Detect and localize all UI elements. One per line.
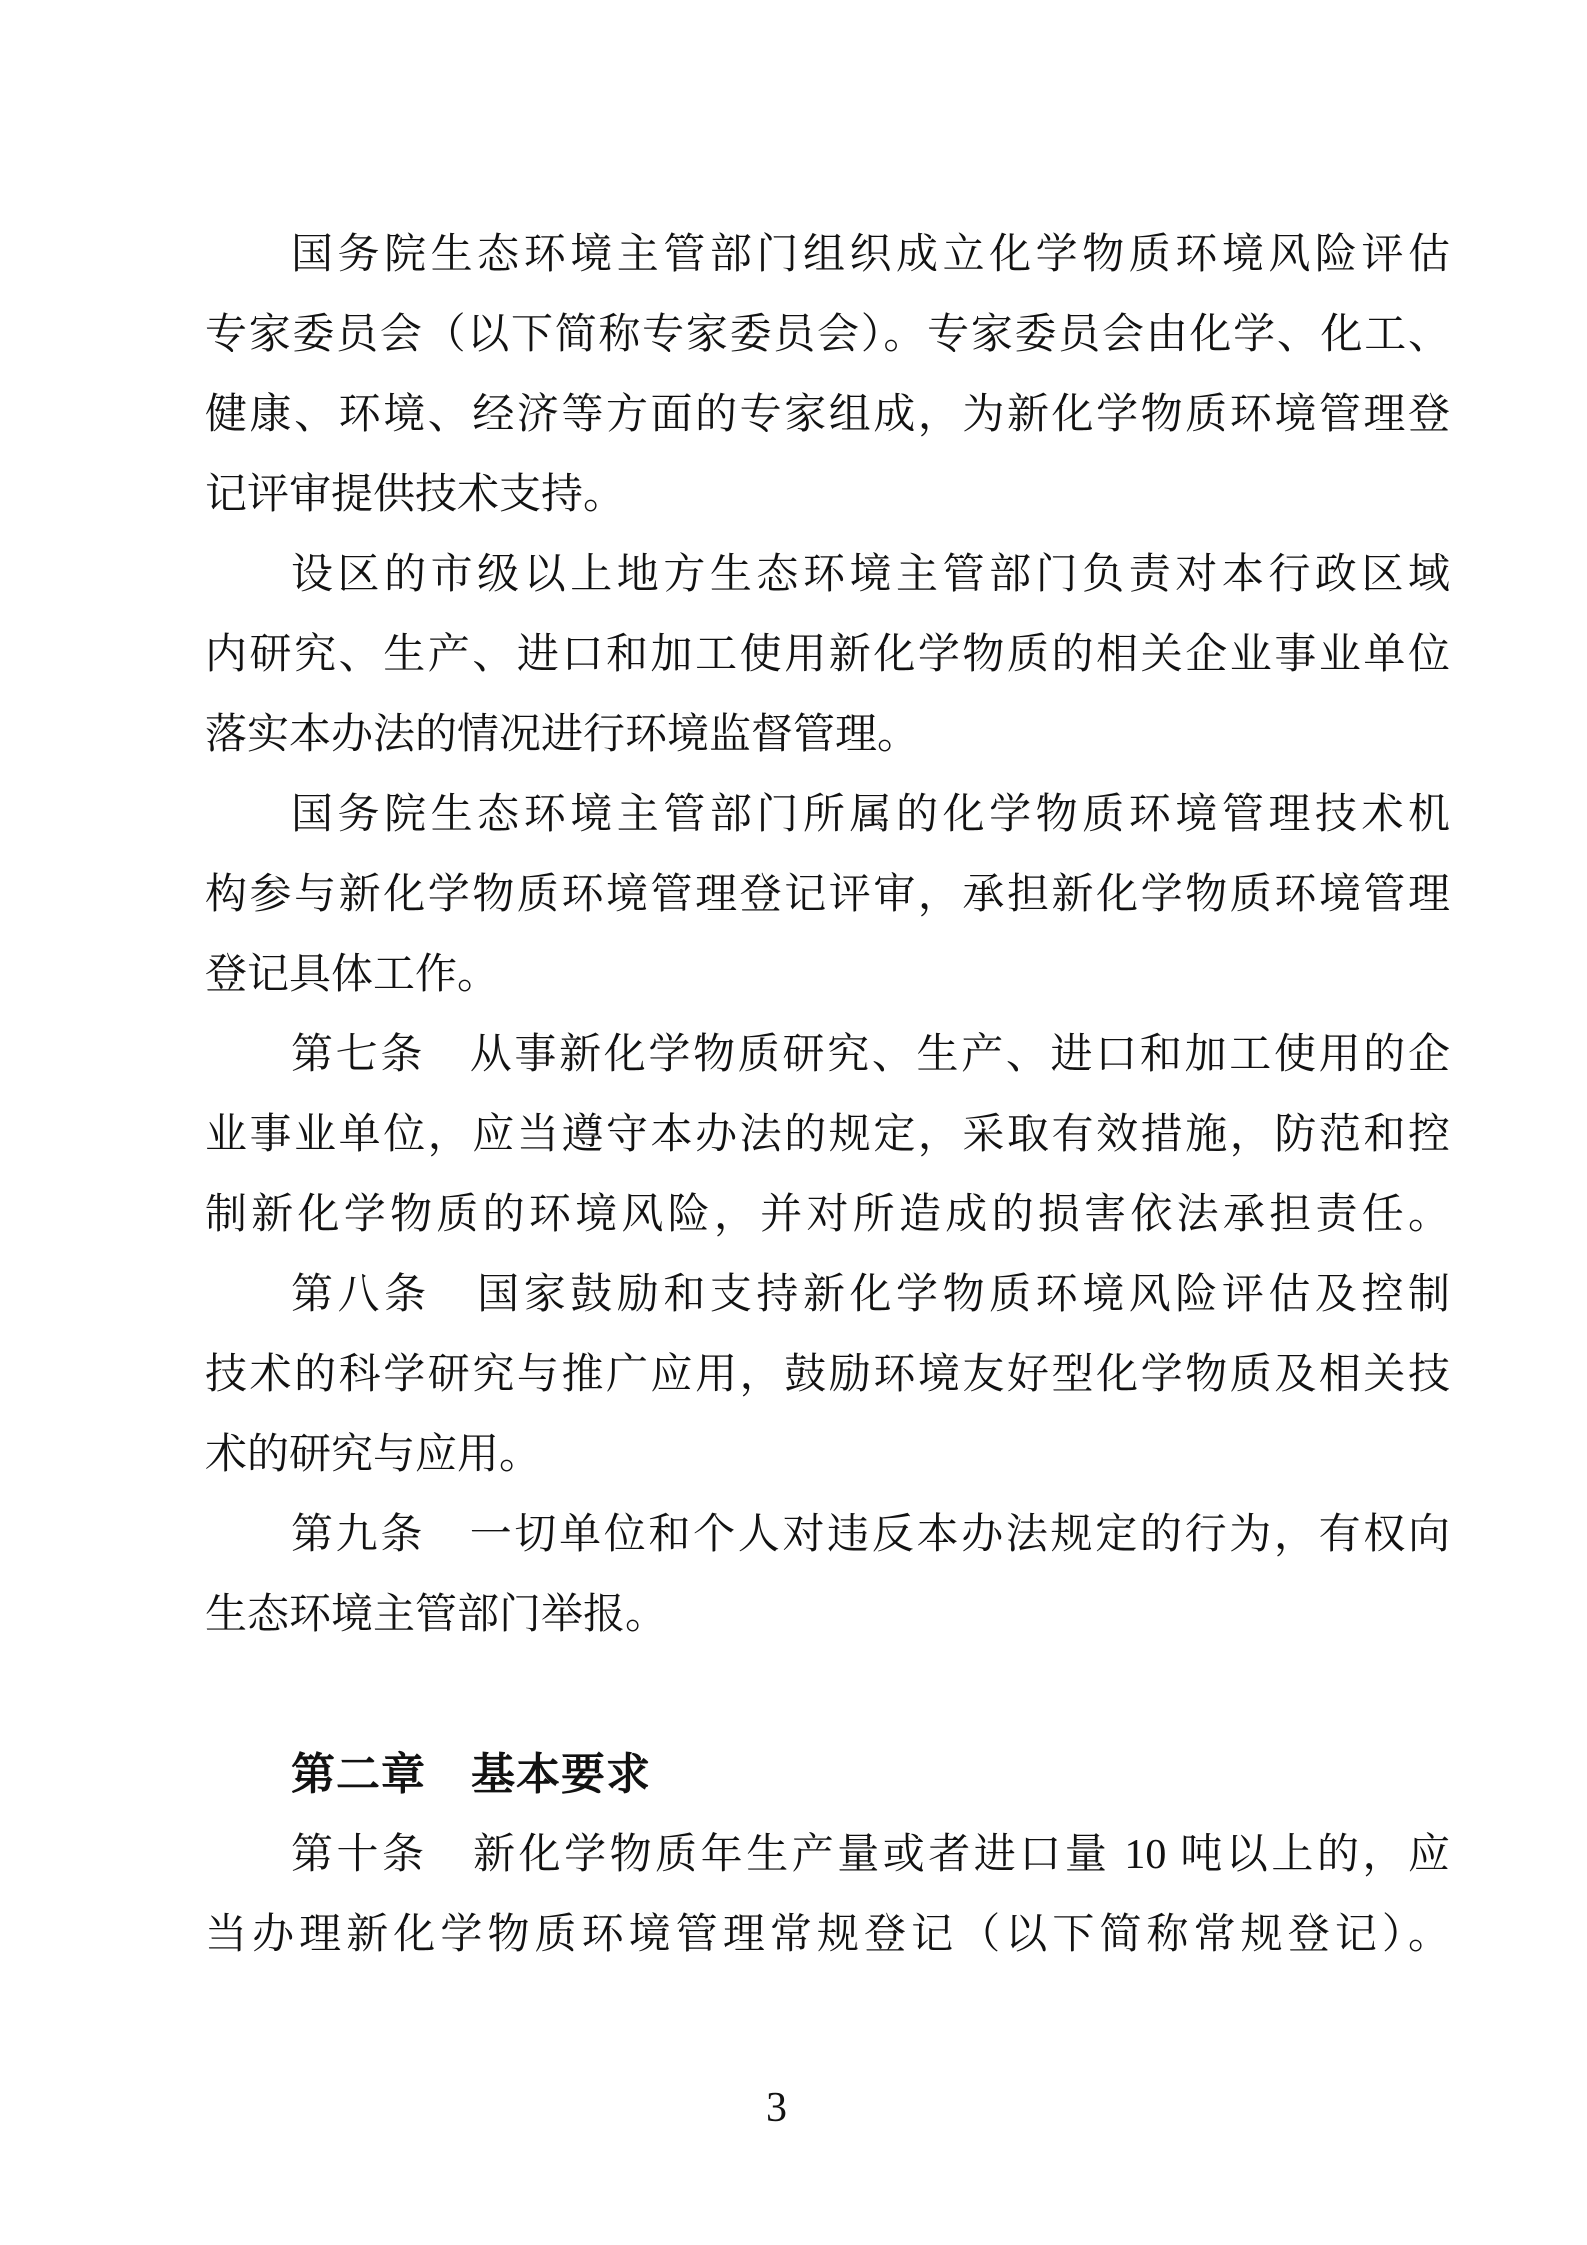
text-line: 生态环境主管部门举报。 [205,1575,1450,1655]
text-line: 第十条 新化学物质年生产量或者进口量 10 吨以上的，应 [205,1815,1450,1895]
text-line: 落实本办法的情况进行环境监督管理。 [205,695,1450,775]
text-line: 专家委员会（以下简称专家委员会）。专家委员会由化学、化工、 [205,295,1450,375]
text-line: 国务院生态环境主管部门所属的化学物质环境管理技术机 [205,775,1450,855]
text-block: 国务院生态环境主管部门组织成立化学物质环境风险评估专家委员会（以下简称专家委员会… [205,215,1450,1975]
page-number: 3 [0,2085,1570,2131]
blank-line [205,1655,1450,1735]
text-line: 健康、环境、经济等方面的专家组成，为新化学物质环境管理登 [205,375,1450,455]
text-line: 第九条 一切单位和个人对违反本办法规定的行为，有权向 [205,1495,1450,1575]
text-line: 第七条 从事新化学物质研究、生产、进口和加工使用的企 [205,1015,1450,1095]
text-line: 记评审提供技术支持。 [205,455,1450,535]
text-line: 登记具体工作。 [205,935,1450,1015]
text-line: 当办理新化学物质环境管理常规登记（以下简称常规登记）。 [205,1895,1450,1975]
text-line: 制新化学物质的环境风险，并对所造成的损害依法承担责任。 [205,1175,1450,1255]
text-line: 技术的科学研究与推广应用，鼓励环境友好型化学物质及相关技 [205,1335,1450,1415]
text-line: 内研究、生产、进口和加工使用新化学物质的相关企业事业单位 [205,615,1450,695]
text-line: 术的研究与应用。 [205,1415,1450,1495]
text-line: 构参与新化学物质环境管理登记评审，承担新化学物质环境管理 [205,855,1450,935]
text-line: 设区的市级以上地方生态环境主管部门负责对本行政区域 [205,535,1450,615]
text-line: 第八条 国家鼓励和支持新化学物质环境风险评估及控制 [205,1255,1450,1335]
document-page: 国务院生态环境主管部门组织成立化学物质环境风险评估专家委员会（以下简称专家委员会… [0,0,1587,2245]
chapter-heading: 第二章 基本要求 [205,1735,1450,1815]
text-line: 国务院生态环境主管部门组织成立化学物质环境风险评估 [205,215,1450,295]
text-line: 业事业单位，应当遵守本办法的规定，采取有效措施，防范和控 [205,1095,1450,1175]
